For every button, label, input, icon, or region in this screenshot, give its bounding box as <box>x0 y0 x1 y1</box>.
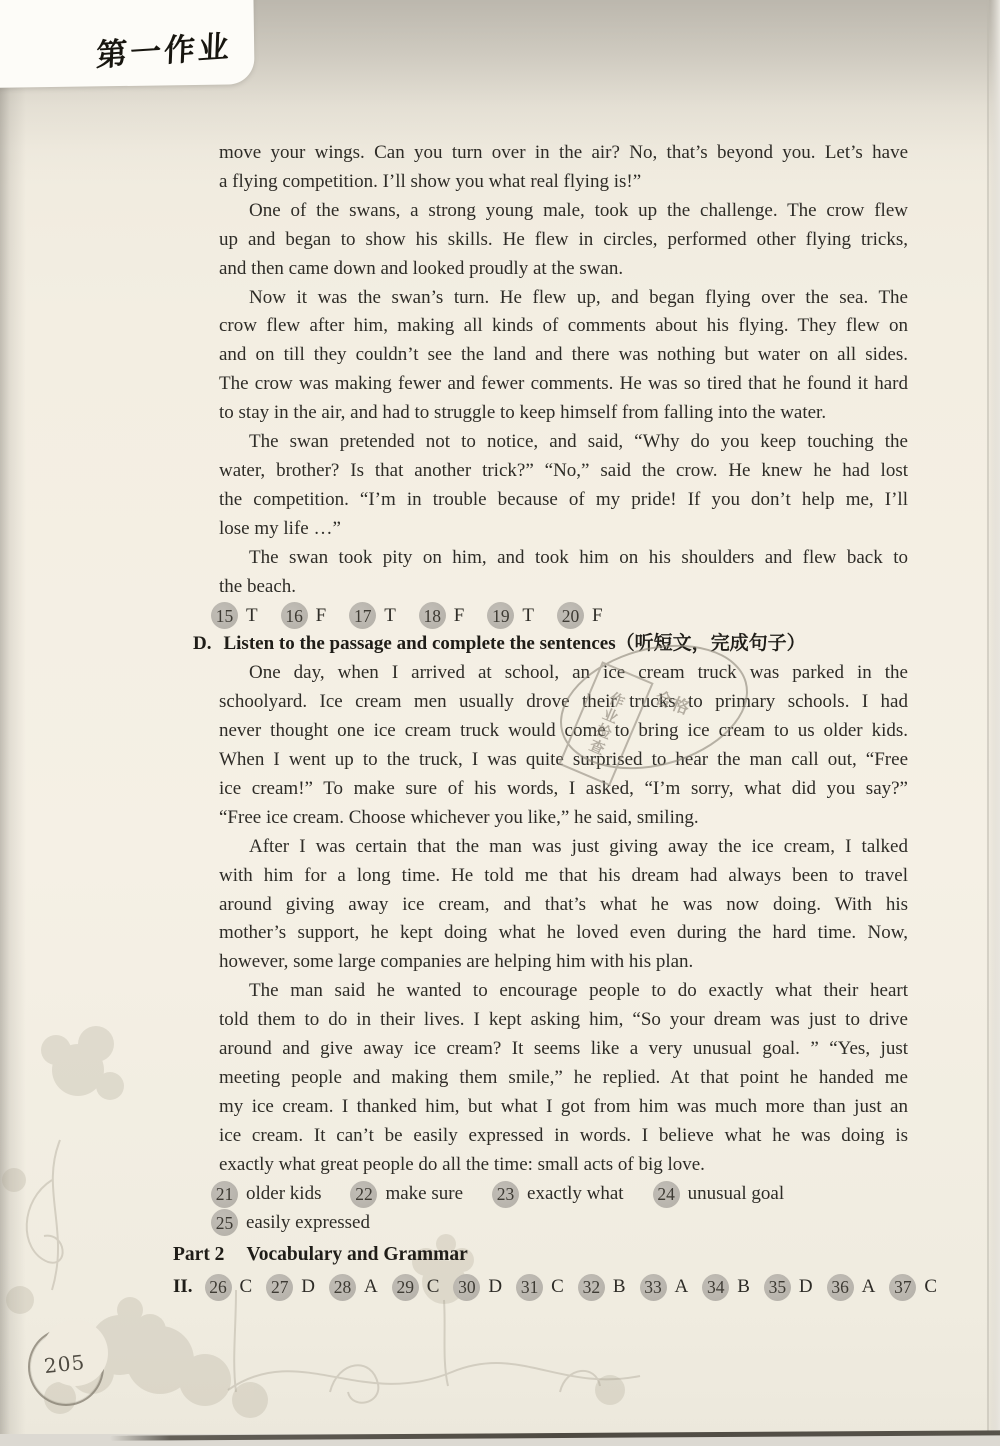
answer-number-badge: 33 <box>640 1274 667 1301</box>
answer-item: 36A <box>827 1273 876 1302</box>
passage-line: lose my life …” <box>219 515 908 544</box>
answer-number-badge: 27 <box>266 1274 293 1301</box>
listening-passage-2: One day, when I arrived at school, an ic… <box>219 659 908 1179</box>
page-right-edge <box>990 0 1000 1432</box>
answer-number-badge: 28 <box>329 1274 356 1301</box>
answer-text: exactly what <box>527 1180 624 1209</box>
mcq-section-label: II. <box>173 1273 193 1302</box>
passage-line: mother’s support, he kept doing what he … <box>219 919 908 948</box>
passage-line: and on till they couldn’t see the land a… <box>219 341 908 370</box>
answer-number-badge: 21 <box>211 1181 238 1208</box>
answers-21-24: 21older kids22make sure23exactly what24u… <box>211 1180 908 1209</box>
answer-text: B <box>737 1273 750 1302</box>
passage-line: After I was certain that the man was jus… <box>219 833 908 862</box>
passage-line: One day, when I arrived at school, an ic… <box>219 659 908 688</box>
passage-line: and then came down and looked proudly at… <box>219 255 908 284</box>
answer-number-badge: 23 <box>492 1181 519 1208</box>
answer-item: 21older kids <box>211 1180 321 1209</box>
answer-text: C <box>427 1273 440 1302</box>
page-content: move your wings. Can you turn over in th… <box>219 139 908 1302</box>
answer-number-badge: 29 <box>392 1274 419 1301</box>
answer-number-badge: 17 <box>349 602 376 629</box>
answer-text: easily expressed <box>246 1209 370 1238</box>
passage-line: exactly what great people do all the tim… <box>219 1151 908 1180</box>
answer-text: F <box>316 602 327 631</box>
answer-item: 26C <box>205 1273 253 1302</box>
answer-text: D <box>488 1273 502 1302</box>
passage-line: to stay in the air, and had to struggle … <box>219 399 908 428</box>
scanned-book-page: 第一作业 move your wings. Can you turn over … <box>0 0 1000 1446</box>
answer-item: 23exactly what <box>492 1180 624 1209</box>
mcq-answers: 26C27D28A29C30D31C32B33A34B35D36A37C <box>205 1273 938 1302</box>
passage-line: water, brother? Is that another trick?” … <box>219 457 908 486</box>
answer-number-badge: 34 <box>702 1274 729 1301</box>
answer-text: A <box>364 1273 378 1302</box>
answer-text: C <box>924 1273 937 1302</box>
answer-number-badge: 15 <box>211 602 238 629</box>
answer-item: 15T <box>211 602 258 631</box>
passage-line: The swan pretended not to notice, and sa… <box>219 428 908 457</box>
answer-item: 33A <box>640 1273 689 1302</box>
answer-text: D <box>301 1273 315 1302</box>
passage-line: The man said he wanted to encourage peop… <box>219 977 908 1006</box>
answer-item: 16F <box>281 602 327 631</box>
answer-text: D <box>799 1273 813 1302</box>
passage-line: told them to do in their lives. I kept a… <box>219 1006 908 1035</box>
page-number: 205 <box>43 1350 86 1378</box>
passage-line: my ice cream. I thanked him, but what I … <box>219 1093 908 1122</box>
passage-line: never thought one ice cream truck would … <box>219 717 908 746</box>
answer-text: A <box>862 1273 876 1302</box>
passage-line: with him for a long time. He told me tha… <box>219 862 908 891</box>
answer-text: F <box>592 602 603 631</box>
part2-title: Vocabulary and Grammar <box>246 1244 467 1265</box>
answer-number-badge: 24 <box>653 1181 680 1208</box>
answer-item: 27D <box>266 1273 315 1302</box>
answer-text: T <box>522 602 534 631</box>
section-d-heading: D.Listen to the passage and complete the… <box>193 630 908 659</box>
answer-text: older kids <box>246 1180 321 1209</box>
answer-item: 31C <box>516 1273 564 1302</box>
answer-item: 28A <box>329 1273 378 1302</box>
crescent-moon-decoration: 205 <box>28 1328 104 1406</box>
passage-line: a flying competition. I’ll show you what… <box>219 168 908 197</box>
answer-25: 25easily expressed <box>211 1209 908 1238</box>
answer-number-badge: 32 <box>578 1274 605 1301</box>
passage-line: the beach. <box>219 573 908 602</box>
answer-number-badge: 22 <box>350 1181 377 1208</box>
answer-number-badge: 18 <box>419 602 446 629</box>
answer-text: B <box>613 1273 626 1302</box>
passage-line: the competition. “I’m in trouble because… <box>219 486 908 515</box>
answer-item: 19T <box>487 602 534 631</box>
answer-text: T <box>246 602 258 631</box>
answer-number-badge: 20 <box>557 602 584 629</box>
answer-item: 35D <box>764 1273 813 1302</box>
answer-item: 20F <box>557 602 603 631</box>
chapter-title: 第一作业 <box>95 21 232 75</box>
answers-15-20: 15T16F17T18F19T20F <box>211 602 908 631</box>
part2-label: Part 2 <box>173 1244 224 1265</box>
answer-text: C <box>551 1273 564 1302</box>
passage-line: around and give away ice cream? It seems… <box>219 1035 908 1064</box>
passage-line: up and began to show his skills. He flew… <box>219 226 908 255</box>
listening-passage-1: move your wings. Can you turn over in th… <box>219 139 908 602</box>
passage-line: around giving away ice cream, and that’s… <box>219 891 908 920</box>
section-d-title: Listen to the passage and complete the s… <box>223 633 615 654</box>
answer-item: 17T <box>349 602 396 631</box>
answer-item: 30D <box>453 1273 502 1302</box>
section-d-label: D. <box>193 633 211 654</box>
mcq-answer-row: II. 26C27D28A29C30D31C32B33A34B35D36A37C <box>173 1273 908 1302</box>
answer-number-badge: 16 <box>281 602 308 629</box>
answer-text: T <box>384 602 396 631</box>
passage-line: Now it was the swan’s turn. He flew up, … <box>219 284 908 313</box>
passage-line: ice cream. It can’t be easily expressed … <box>219 1122 908 1151</box>
answer-text: C <box>240 1273 253 1302</box>
passage-line: “Free ice cream. Choose whichever you li… <box>219 804 908 833</box>
passage-line: The swan took pity on him, and took him … <box>219 544 908 573</box>
passage-line: however, some large companies are helpin… <box>219 948 908 977</box>
answer-number-badge: 36 <box>827 1274 854 1301</box>
passage-line: meeting people and making them smile,” h… <box>219 1064 908 1093</box>
answer-number-badge: 37 <box>889 1274 916 1301</box>
section-d-title-chinese: （听短文，完成句子） <box>616 633 806 654</box>
page-crease <box>987 0 989 1446</box>
answer-item: 32B <box>578 1273 626 1302</box>
answer-number-badge: 35 <box>764 1274 791 1301</box>
answer-text: unusual goal <box>688 1180 785 1209</box>
answer-item: 25easily expressed <box>211 1209 370 1238</box>
answer-number-badge: 19 <box>487 602 514 629</box>
answer-item: 18F <box>419 602 465 631</box>
passage-line: When I went up to the truck, I was quite… <box>219 746 908 775</box>
answer-number-badge: 30 <box>453 1274 480 1301</box>
answer-item: 34B <box>702 1273 750 1302</box>
passage-line: move your wings. Can you turn over in th… <box>219 139 908 168</box>
answer-text: A <box>675 1273 689 1302</box>
answer-item: 22make sure <box>350 1180 463 1209</box>
part2-heading: Part 2Vocabulary and Grammar <box>173 1241 908 1270</box>
passage-line: One of the swans, a strong young male, t… <box>219 197 908 226</box>
answer-number-badge: 26 <box>205 1274 232 1301</box>
answer-number-badge: 31 <box>516 1274 543 1301</box>
passage-line: crow flew after him, making all kinds of… <box>219 312 908 341</box>
chapter-banner: 第一作业 <box>0 0 255 88</box>
answer-text: F <box>454 602 465 631</box>
passage-line: ice cream!” To make sure of his words, I… <box>219 775 908 804</box>
answer-item: 37C <box>889 1273 937 1302</box>
answer-text: make sure <box>385 1180 463 1209</box>
answer-item: 29C <box>392 1273 440 1302</box>
passage-line: schoolyard. Ice cream men usually drove … <box>219 688 908 717</box>
answer-number-badge: 25 <box>211 1209 238 1236</box>
passage-line: The crow was making fewer and fewer comm… <box>219 370 908 399</box>
answer-item: 24unusual goal <box>653 1180 785 1209</box>
